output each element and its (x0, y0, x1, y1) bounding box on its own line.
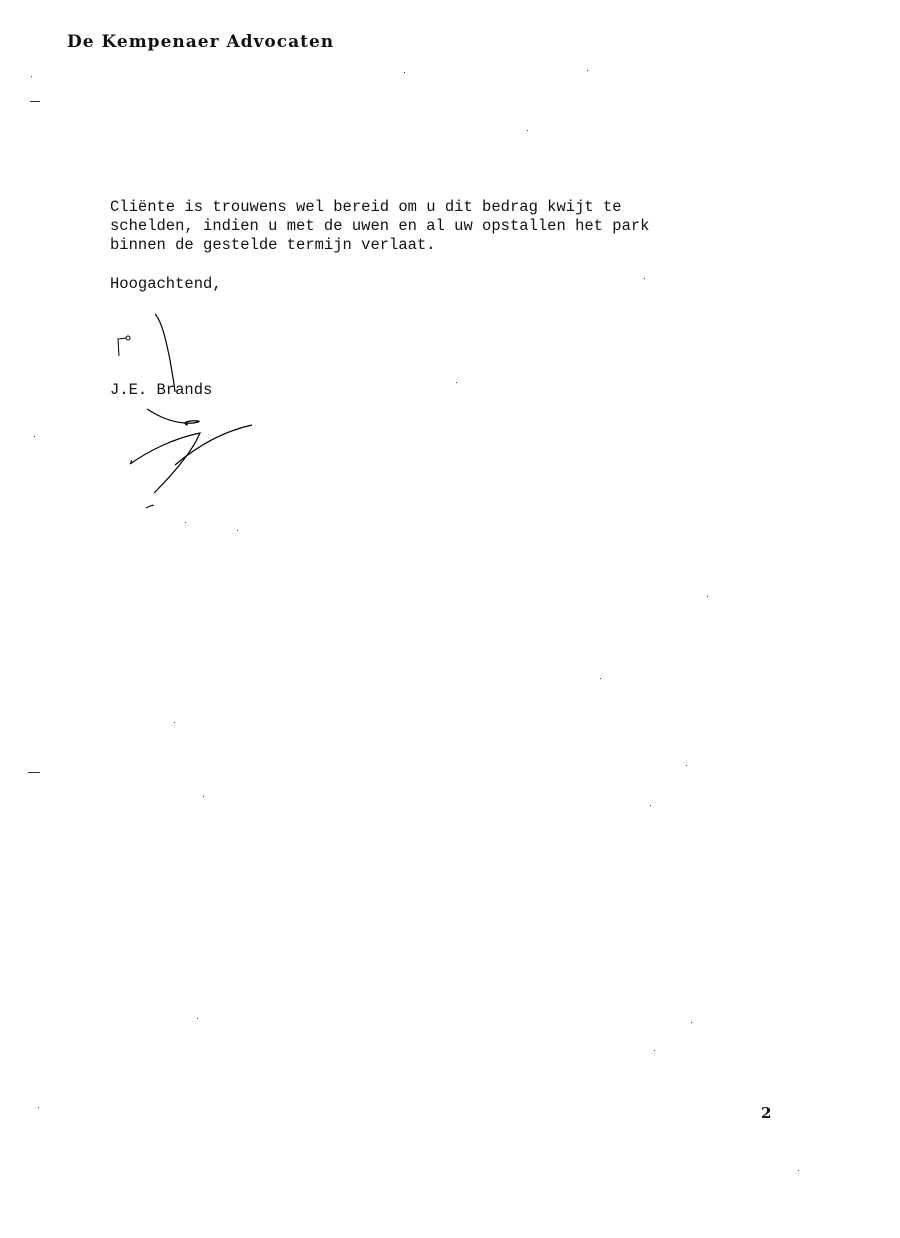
handwritten-signature-initials (0, 0, 300, 530)
scan-speck (456, 382, 457, 383)
scan-speck (587, 70, 588, 71)
scan-speck (174, 722, 175, 723)
scan-speck (644, 278, 645, 279)
scan-speck (31, 76, 32, 77)
scan-speck (197, 1018, 198, 1019)
scan-speck (691, 1022, 692, 1023)
page-number: 2 (761, 1104, 771, 1122)
scan-speck (650, 805, 651, 806)
scan-speck (34, 436, 35, 437)
scan-speck (185, 522, 186, 523)
scan-speck (30, 101, 40, 102)
scan-speck (28, 772, 40, 773)
scan-speck (527, 130, 528, 131)
scan-speck (203, 796, 204, 797)
scan-speck (654, 1050, 655, 1051)
scan-speck (404, 72, 405, 73)
scan-speck (798, 1170, 799, 1171)
scan-speck (600, 678, 601, 679)
scan-speck (38, 1107, 39, 1108)
scan-speck (707, 596, 708, 597)
scan-speck (237, 530, 238, 531)
scan-speck (686, 765, 687, 766)
